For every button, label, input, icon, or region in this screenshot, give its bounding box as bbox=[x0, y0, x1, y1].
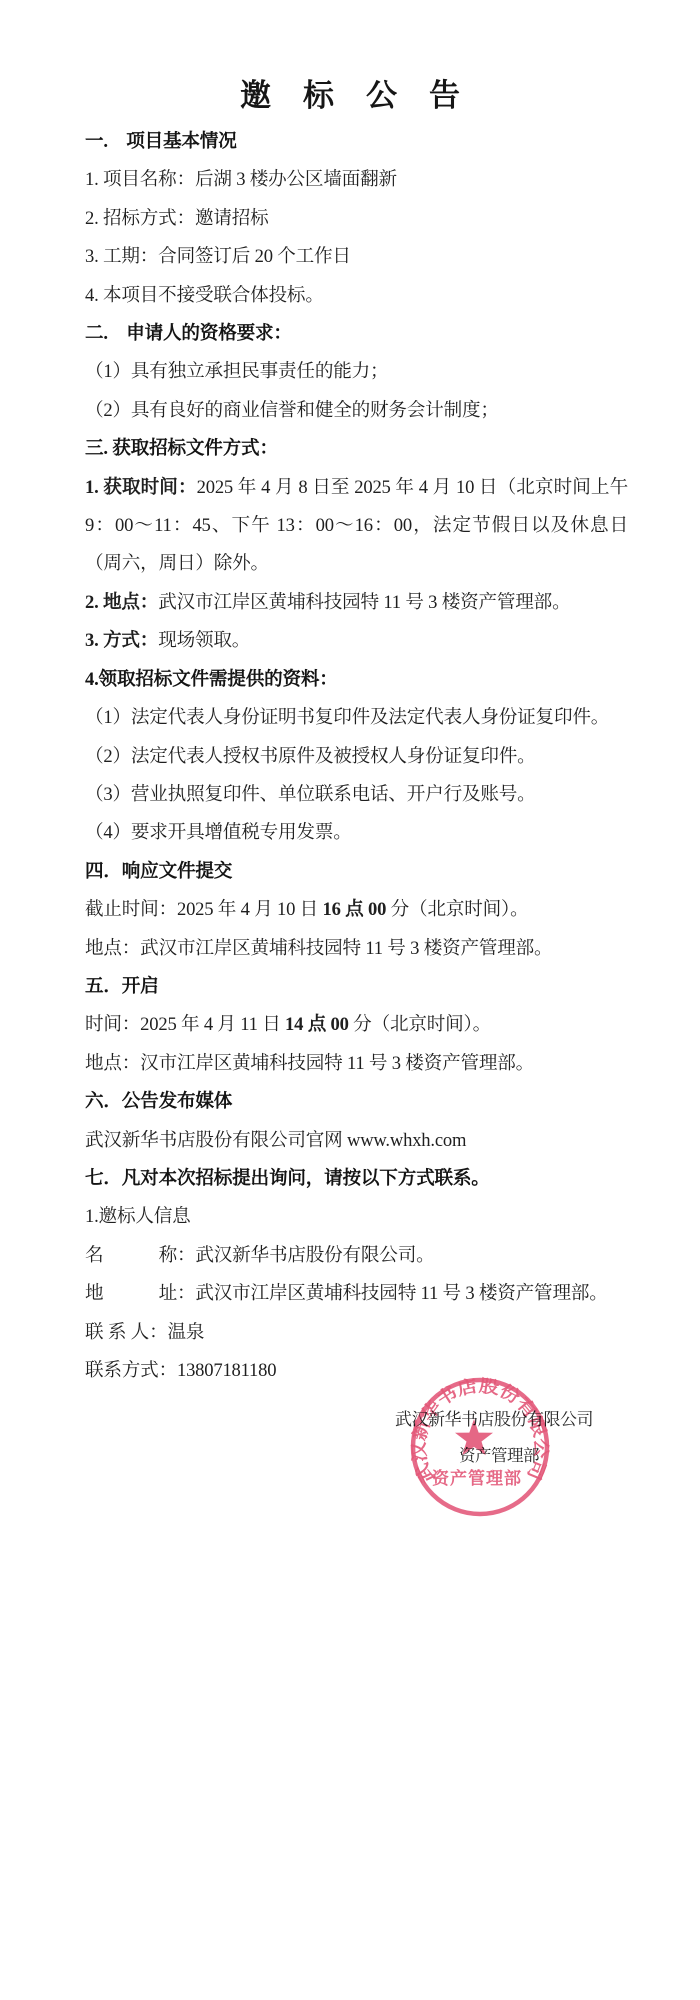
text-segment: 4. 本项目不接受联合体投标。 bbox=[85, 285, 324, 306]
text-segment: 联系方式：13807181180 bbox=[85, 1360, 276, 1381]
text-segment: 武汉市江岸区黄埔科技园特 11 号 3 楼资产管理部。 bbox=[158, 592, 570, 613]
text-segment: 1. 项目名称：后湖 3 楼办公区墙面翻新 bbox=[85, 169, 397, 190]
section-heading: 三. 获取招标文件方式： bbox=[85, 430, 628, 468]
text-segment: 四．响应文件提交 bbox=[85, 861, 232, 882]
paragraph: 地 址：武汉市江岸区黄埔科技园特 11 号 3 楼资产管理部。 bbox=[85, 1275, 628, 1313]
section-heading: 七．凡对本次招标提出询问，请按以下方式联系。 bbox=[85, 1160, 628, 1198]
paragraph: （2）具有良好的商业信誉和健全的财务会计制度； bbox=[85, 392, 628, 430]
text-segment: 武汉新华书店股份有限公司官网 www.whxh.com bbox=[85, 1130, 466, 1151]
paragraph: 3. 方式：现场领取。 bbox=[85, 622, 628, 660]
paragraph: 1.邀标人信息 bbox=[85, 1198, 628, 1236]
text-segment: 时间：2025 年 4 月 11 日 bbox=[85, 1014, 285, 1035]
text-segment: 地 址：武汉市江岸区黄埔科技园特 11 号 3 楼资产管理部。 bbox=[85, 1283, 608, 1304]
text-segment: 地点：武汉市江岸区黄埔科技园特 11 号 3 楼资产管理部。 bbox=[85, 938, 552, 959]
text-segment: 14 点 00 bbox=[285, 1014, 349, 1035]
text-segment: 分（北京时间）。 bbox=[349, 1014, 491, 1035]
paragraph: 地点：汉市江岸区黄埔科技园特 11 号 3 楼资产管理部。 bbox=[85, 1045, 628, 1083]
paragraph: （1）具有独立承担民事责任的能力； bbox=[85, 353, 628, 391]
paragraph: 2. 招标方式：邀请招标 bbox=[85, 200, 628, 238]
text-segment: （2）具有良好的商业信誉和健全的财务会计制度； bbox=[85, 400, 499, 421]
text-segment: 联 系 人：温泉 bbox=[85, 1322, 204, 1343]
text-segment: 3. 方式： bbox=[85, 630, 158, 651]
text-segment: （2）法定代表人授权书原件及被授权人身份证复印件。 bbox=[85, 746, 536, 767]
page-title: 邀标公告 bbox=[0, 70, 700, 115]
text-segment: 七．凡对本次招标提出询问，请按以下方式联系。 bbox=[85, 1168, 490, 1189]
text-segment: 4.领取招标文件需提供的资料： bbox=[85, 669, 338, 690]
paragraph: 联 系 人：温泉 bbox=[85, 1314, 628, 1352]
text-segment: 三. 获取招标文件方式： bbox=[85, 438, 278, 459]
paragraph: 时间：2025 年 4 月 11 日 14 点 00 分（北京时间）。 bbox=[85, 1006, 628, 1044]
text-segment: 现场领取。 bbox=[158, 630, 250, 651]
paragraph: 2. 地点：武汉市江岸区黄埔科技园特 11 号 3 楼资产管理部。 bbox=[85, 584, 628, 622]
section-heading: 五．开启 bbox=[85, 968, 628, 1006]
document-page: 邀标公告 一. 项目基本情况1. 项目名称：后湖 3 楼办公区墙面翻新2. 招标… bbox=[0, 0, 700, 2000]
text-segment: 地点：汉市江岸区黄埔科技园特 11 号 3 楼资产管理部。 bbox=[85, 1053, 534, 1074]
paragraph: （1）法定代表人身份证明书复印件及法定代表人身份证复印件。 bbox=[85, 699, 628, 737]
text-segment: 截止时间：2025 年 4 月 10 日 bbox=[85, 899, 323, 920]
paragraph: 武汉新华书店股份有限公司官网 www.whxh.com bbox=[85, 1122, 628, 1160]
text-segment: 六．公告发布媒体 bbox=[85, 1091, 232, 1112]
text-segment: 一. 项目基本情况 bbox=[85, 131, 237, 152]
section-heading: 二. 申请人的资格要求： bbox=[85, 315, 628, 353]
paragraph: 4. 本项目不接受联合体投标。 bbox=[85, 277, 628, 315]
section-heading: 六．公告发布媒体 bbox=[85, 1083, 628, 1121]
text-segment: 2. 招标方式：邀请招标 bbox=[85, 208, 269, 229]
paragraph: （2）法定代表人授权书原件及被授权人身份证复印件。 bbox=[85, 738, 628, 776]
section-heading: 一. 项目基本情况 bbox=[85, 123, 628, 161]
text-segment: （3）营业执照复印件、单位联系电话、开户行及账号。 bbox=[85, 784, 536, 805]
text-segment: （1）具有独立承担民事责任的能力； bbox=[85, 361, 388, 382]
text-segment: 二. 申请人的资格要求： bbox=[85, 323, 292, 344]
stamp-department-text: 资产管理部 bbox=[432, 1468, 522, 1488]
section-heading: 4.领取招标文件需提供的资料： bbox=[85, 661, 628, 699]
company-stamp: 武汉新华书店股份有限公司 资产管理部 bbox=[405, 1372, 555, 1522]
text-segment: 16 点 00 bbox=[323, 899, 387, 920]
star-icon bbox=[455, 1419, 493, 1455]
text-segment: 分（北京时间）。 bbox=[386, 899, 528, 920]
text-segment: 五．开启 bbox=[85, 976, 159, 997]
text-segment: 1. 获取时间： bbox=[85, 477, 197, 498]
text-segment: （1）法定代表人身份证明书复印件及法定代表人身份证复印件。 bbox=[85, 707, 609, 728]
section-heading: 四．响应文件提交 bbox=[85, 853, 628, 891]
paragraph: 1. 获取时间：2025 年 4 月 8 日至 2025 年 4 月 10 日（… bbox=[85, 469, 628, 584]
text-segment: 1.邀标人信息 bbox=[85, 1206, 191, 1227]
document-body: 一. 项目基本情况1. 项目名称：后湖 3 楼办公区墙面翻新2. 招标方式：邀请… bbox=[85, 123, 628, 1390]
paragraph: 名 称：武汉新华书店股份有限公司。 bbox=[85, 1237, 628, 1275]
paragraph: （4）要求开具增值税专用发票。 bbox=[85, 814, 628, 852]
paragraph: （3）营业执照复印件、单位联系电话、开户行及账号。 bbox=[85, 776, 628, 814]
text-segment: 3. 工期：合同签订后 20 个工作日 bbox=[85, 246, 351, 267]
paragraph: 3. 工期：合同签订后 20 个工作日 bbox=[85, 238, 628, 276]
paragraph: 1. 项目名称：后湖 3 楼办公区墙面翻新 bbox=[85, 161, 628, 199]
text-segment: （4）要求开具增值税专用发票。 bbox=[85, 822, 352, 843]
text-segment: 名 称：武汉新华书店股份有限公司。 bbox=[85, 1245, 434, 1266]
text-segment: 2. 地点： bbox=[85, 592, 158, 613]
paragraph: 截止时间：2025 年 4 月 10 日 16 点 00 分（北京时间）。 bbox=[85, 891, 628, 929]
paragraph: 地点：武汉市江岸区黄埔科技园特 11 号 3 楼资产管理部。 bbox=[85, 930, 628, 968]
